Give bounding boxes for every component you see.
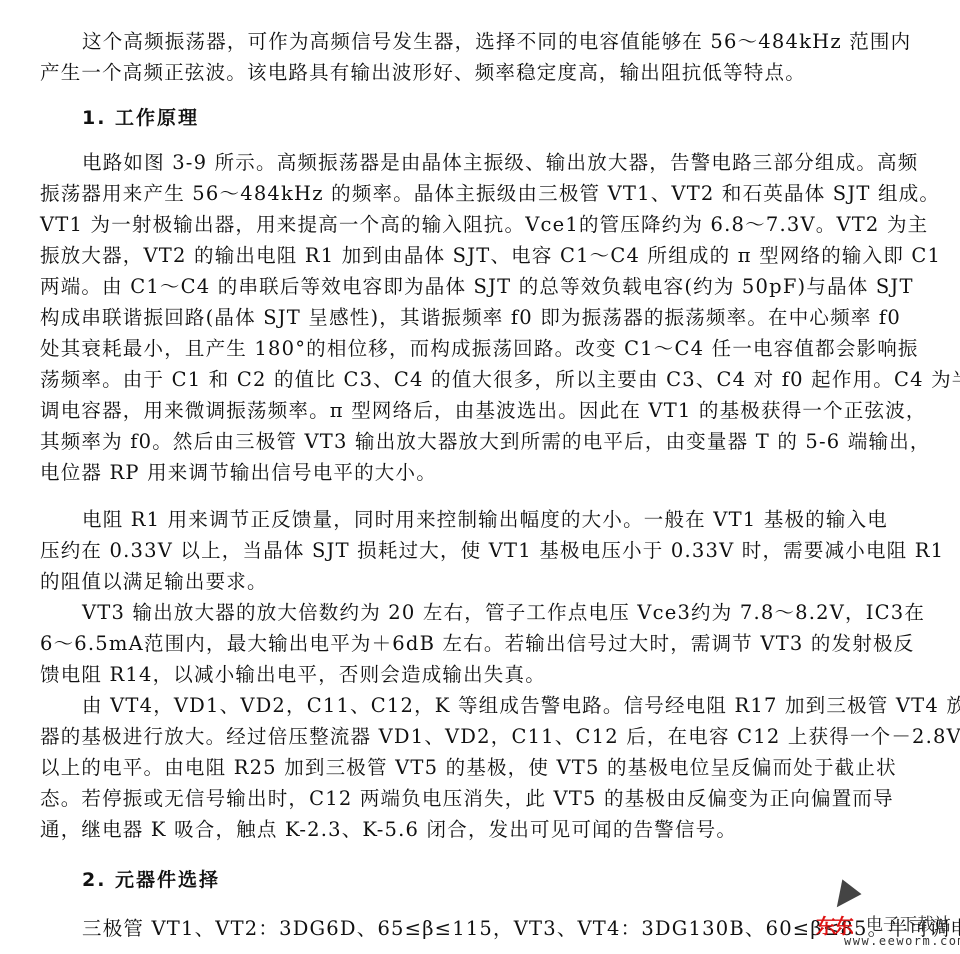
watermark-site-name: 电子下载站 (866, 910, 951, 935)
para4-line: 态。若停振或无信号输出时，C12 两端负电压消失，此 VT5 的基极由反偏变为正… (40, 787, 920, 811)
para3-line: VT3 输出放大器的放大倍数约为 20 左右，管子工作点电压 Vce3约为 7.… (82, 601, 920, 625)
para3-line: 馈电阻 R14，以减小输出电平，否则会造成输出失真。 (40, 663, 920, 687)
graduation-cap-icon (826, 875, 861, 908)
para4-line: 通，继电器 K 吸合，触点 K-2.3、K-5.6 闭合，发出可见可闻的告警信号… (40, 818, 920, 842)
para2-line: 电阻 R1 用来调节正反馈量，同时用来控制输出幅度的大小。一般在 VT1 基极的… (82, 508, 920, 532)
section-heading-2: 2. 元器件选择 (82, 868, 920, 892)
para3-line: 6～6.5mA范围内，最大输出电平为＋6dB 左右。若输出信号过大时，需调节 V… (40, 632, 920, 656)
para1-line: 电位器 RP 用来调节输出信号电平的大小。 (40, 461, 920, 485)
para1-line: 振放大器，VT2 的输出电阻 R1 加到由晶体 SJT、电容 C1～C4 所组成… (40, 244, 920, 268)
para1-line: VT1 为一射极输出器，用来提高一个高的输入阻抗。Vce1的管压降约为 6.8～… (40, 213, 920, 237)
para1-line: 两端。由 C1～C4 的串联后等效电容即为晶体 SJT 的总等效负载电容(约为 … (40, 275, 920, 299)
para4-line: 器的基极进行放大。经过倍压整流器 VD1、VD2，C11、C12 后，在电容 C… (40, 725, 920, 749)
para4-line: 由 VT4，VD1、VD2，C11、C12，K 等组成告警电路。信号经电阻 R1… (82, 694, 920, 718)
watermark-url: www.eeworm.com (844, 934, 960, 948)
para2-line: 的阻值以满足输出要求。 (40, 570, 920, 594)
para1-line: 荡频率。由于 C1 和 C2 的值比 C3、C4 的值大很多，所以主要由 C3、… (40, 368, 920, 392)
para2-line: 压约在 0.33V 以上，当晶体 SJT 损耗过大，使 VT1 基极电压小于 0… (40, 539, 920, 563)
component-line: 三极管 VT1、VT2：3DG6D、65≤β≤115，VT3、VT4：3DG13… (82, 917, 920, 941)
para1-line: 电路如图 3-9 所示。高频振荡器是由晶体主振级、输出放大器，告警电路三部分组成… (82, 151, 920, 175)
watermark: 东东 电子下载站 www.eeworm.com (806, 880, 956, 950)
para4-line: 以上的电平。由电阻 R25 加到三极管 VT5 的基极，使 VT5 的基极电位呈… (40, 756, 920, 780)
intro-line-2: 产生一个高频正弦波。该电路具有输出波形好、频率稳定度高，输出阻抗低等特点。 (40, 61, 920, 85)
intro-line-1: 这个高频振荡器，可作为高频信号发生器，选择不同的电容值能够在 56～484kHz… (82, 30, 920, 54)
para1-line: 振荡器用来产生 56～484kHz 的频率。晶体主振级由三极管 VT1、VT2 … (40, 182, 920, 206)
para1-line: 其频率为 f0。然后由三极管 VT3 输出放大器放大到所需的电平后，由变量器 T… (40, 430, 920, 454)
section-heading-1: 1. 工作原理 (82, 106, 920, 130)
para1-line: 处其衰耗最小，且产生 180°的相位移，而构成振荡回路。改变 C1～C4 任一电… (40, 337, 920, 361)
para1-line: 构成串联谐振回路(晶体 SJT 呈感性)，其谐振频率 f0 即为振荡器的振荡频率… (40, 306, 920, 330)
para1-line: 调电容器，用来微调振荡频率。π 型网络后，由基波选出。因此在 VT1 的基极获得… (40, 399, 920, 423)
